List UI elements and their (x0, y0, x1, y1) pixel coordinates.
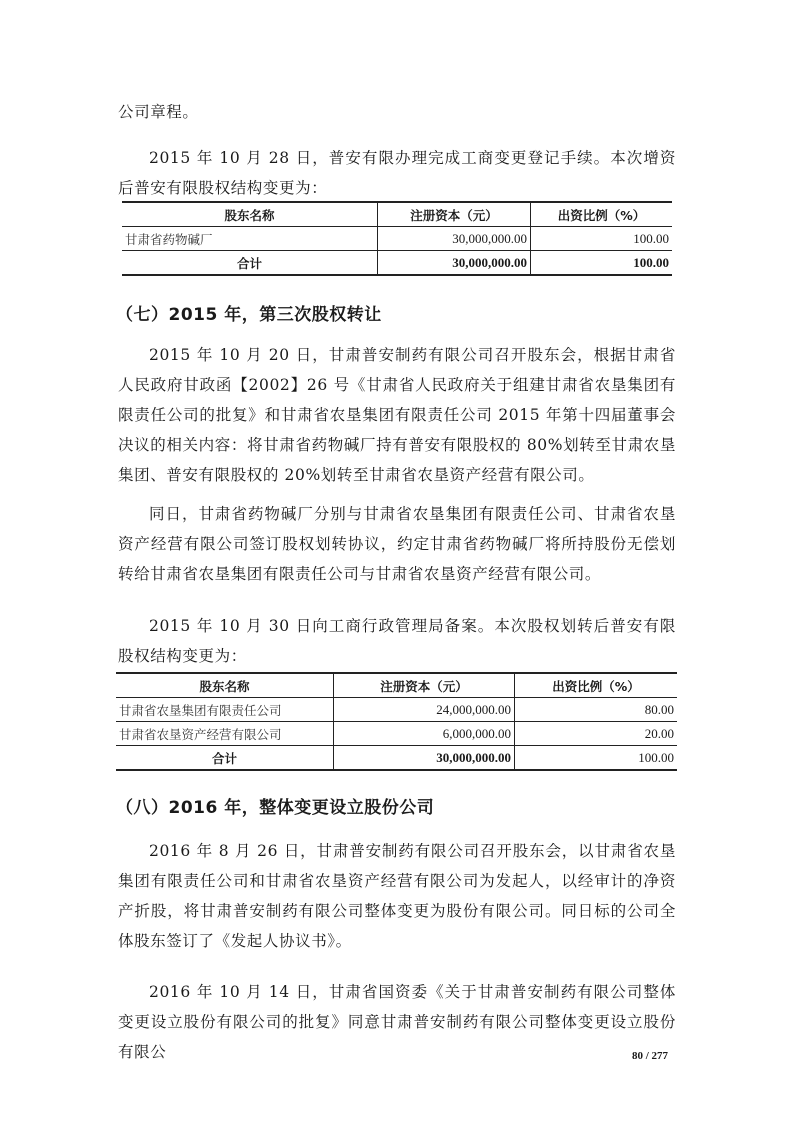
shareholder-name: 甘肃省药物碱厂 (122, 227, 378, 251)
header-contribution-ratio: 出资比例（%） (515, 673, 678, 698)
page-number: 80 / 277 (632, 1050, 668, 1062)
table-total-row: 合计 30,000,000.00 100.00 (122, 251, 672, 276)
header-shareholder-name: 股东名称 (122, 202, 378, 227)
table-row: 甘肃省农垦集团有限责任公司 24,000,000.00 80.00 (116, 698, 677, 722)
paragraph-continuation: 公司章程。 (118, 97, 676, 127)
header-shareholder-name: 股东名称 (116, 673, 334, 698)
paragraph-shareholder-meeting-2016: 2016 年 8 月 26 日，甘肃普安制药有限公司召开股东会，以甘肃省农垦集团… (118, 836, 676, 956)
total-ratio: 100.00 (515, 746, 678, 771)
contribution-ratio: 100.00 (531, 227, 673, 251)
shareholder-name: 甘肃省农垦集团有限责任公司 (116, 698, 334, 722)
header-registered-capital: 注册资本（元） (378, 202, 531, 227)
table-total-row: 合计 30,000,000.00 100.00 (116, 746, 677, 771)
table-row: 甘肃省农垦资产经营有限公司 6,000,000.00 20.00 (116, 722, 677, 746)
contribution-ratio: 80.00 (515, 698, 678, 722)
paragraph-shareholder-meeting-2015: 2015 年 10 月 20 日，甘肃普安制药有限公司召开股东会，根据甘肃省人民… (118, 340, 676, 490)
equity-table-after-capital-increase: 股东名称 注册资本（元） 出资比例（%） 甘肃省药物碱厂 30,000,000.… (122, 201, 672, 276)
total-ratio: 100.00 (531, 251, 673, 276)
header-registered-capital: 注册资本（元） (334, 673, 515, 698)
paragraph-capital-registration: 2015 年 10 月 28 日，普安有限办理完成工商变更登记手续。本次增资后普… (118, 143, 676, 203)
total-label: 合计 (122, 251, 378, 276)
total-capital: 30,000,000.00 (378, 251, 531, 276)
equity-table-after-transfer: 股东名称 注册资本（元） 出资比例（%） 甘肃省农垦集团有限责任公司 24,00… (116, 672, 677, 771)
table-row: 甘肃省药物碱厂 30,000,000.00 100.00 (122, 227, 672, 251)
shareholder-name: 甘肃省农垦资产经营有限公司 (116, 722, 334, 746)
paragraph-sasac-approval: 2016 年 10 月 14 日，甘肃省国资委《关于甘肃普安制药有限公司整体变更… (118, 977, 676, 1067)
table-header-row: 股东名称 注册资本（元） 出资比例（%） (116, 673, 677, 698)
paragraph-filing-2015: 2015 年 10 月 30 日向工商行政管理局备案。本次股权划转后普安有限股权… (118, 611, 676, 671)
registered-capital: 24,000,000.00 (334, 698, 515, 722)
registered-capital: 30,000,000.00 (378, 227, 531, 251)
total-capital: 30,000,000.00 (334, 746, 515, 771)
header-contribution-ratio: 出资比例（%） (531, 202, 673, 227)
contribution-ratio: 20.00 (515, 722, 678, 746)
table-header-row: 股东名称 注册资本（元） 出资比例（%） (122, 202, 672, 227)
section-heading-8: （八）2016 年，整体变更设立股份公司 (116, 793, 434, 818)
paragraph-transfer-agreement: 同日，甘肃省药物碱厂分别与甘肃省农垦集团有限责任公司、甘肃省农垦资产经营有限公司… (118, 499, 676, 589)
section-heading-7: （七）2015 年，第三次股权转让 (116, 300, 382, 325)
registered-capital: 6,000,000.00 (334, 722, 515, 746)
total-label: 合计 (116, 746, 334, 771)
